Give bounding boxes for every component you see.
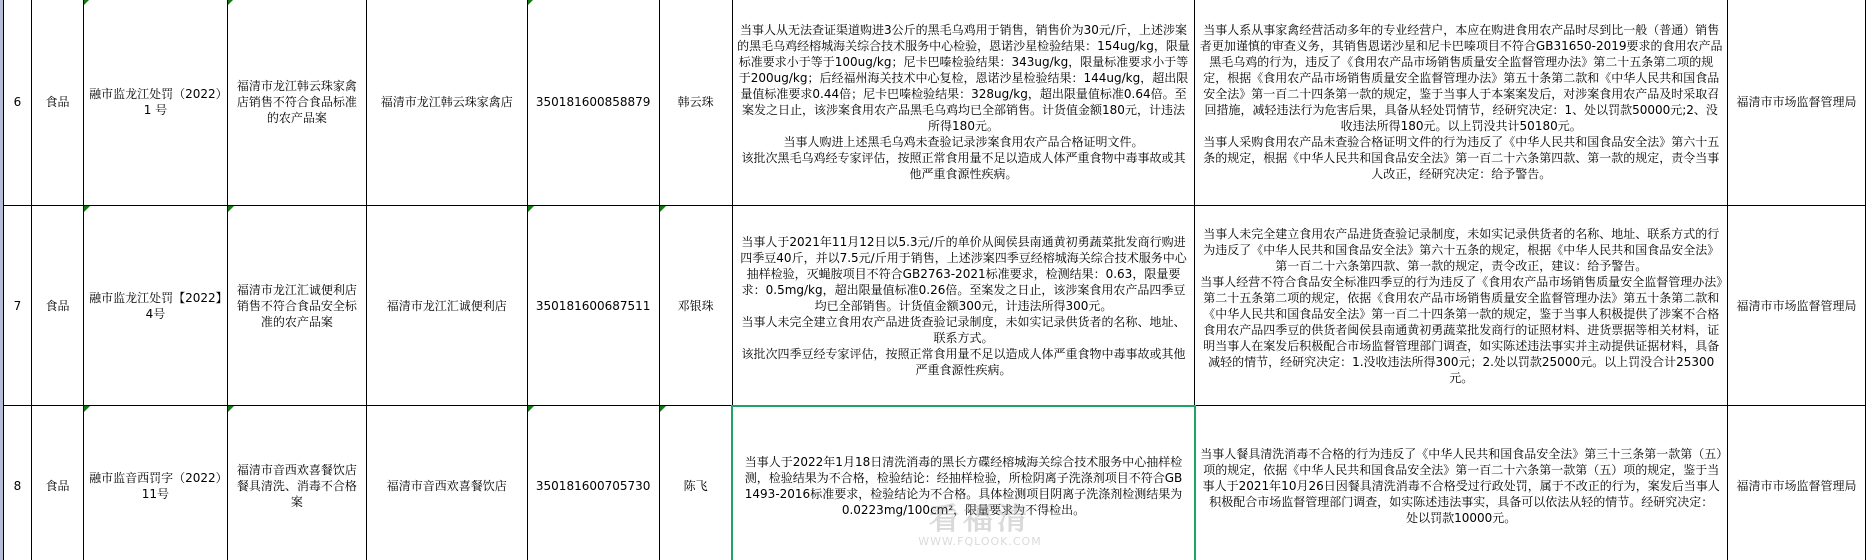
- cell-authority[interactable]: 福清市市场监督管理局: [1728, 206, 1866, 406]
- cell-authority[interactable]: 福清市市场监督管理局: [1728, 0, 1866, 206]
- case-name-text: 福清市龙江汇诚便利店销售不符合食品安全标准的农产品案: [237, 283, 357, 329]
- facts-paragraph: 当事人未完全建立食用农产品进货查验记录制度，未如实记录供货者的名称、地址、联系方…: [737, 314, 1191, 346]
- cell-party[interactable]: 福清市龙江韩云珠家禽店: [366, 0, 527, 206]
- facts-paragraph: 该批次四季豆经专家评估，按照正常食用量不足以造成人体严重食物中毒事故或其他严重食…: [737, 346, 1191, 378]
- cell-doc-number[interactable]: 融市监龙江处罚【2022】4号: [83, 206, 227, 406]
- cell-credit-code[interactable]: 350181600705730: [527, 406, 659, 560]
- table-row: 8 食品 融市监音西罚字（2022）11号 福清市音西欢喜餐饮店餐具清洗、消毒不…: [4, 406, 1866, 560]
- comment-marker-icon: [528, 406, 534, 412]
- comment-marker-icon: [660, 206, 666, 212]
- basis-paragraph: 当事人餐具清洗消毒不合格的行为违反了《中华人民共和国食品安全法》第三十三条第一款…: [1199, 446, 1723, 510]
- facts-paragraph: 当事人于2022年1月18日清洗消毒的黑长方碟经榕城海关综合技术服务中心抽样检测…: [737, 454, 1191, 518]
- comment-marker-icon: [84, 0, 90, 5]
- cell-category[interactable]: 食品: [31, 0, 83, 206]
- comment-marker-icon: [228, 0, 234, 5]
- cell-doc-number[interactable]: 融市监音西罚字（2022）11号: [83, 406, 227, 560]
- cell-category[interactable]: 食品: [31, 406, 83, 560]
- legal-rep-text: 陈飞: [684, 479, 708, 493]
- comment-marker-icon: [84, 406, 90, 412]
- basis-paragraph: 当事人未完全建立食用农产品进货查验记录制度，未如实记录供货者的名称、地址、联系方…: [1199, 226, 1723, 274]
- comment-marker-icon: [528, 206, 534, 212]
- facts-paragraph: 当事人购进上述黑毛乌鸡未查验记录涉案食用农产品合格证明文件。: [737, 134, 1191, 150]
- case-name-text: 福清市龙江韩云珠家禽店销售不符合食品标准的农产品案: [237, 79, 357, 125]
- cell-basis[interactable]: 当事人餐具清洗消毒不合格的行为违反了《中华人民共和国食品安全法》第三十三条第一款…: [1195, 406, 1728, 560]
- cell-case-name[interactable]: 福清市龙江汇诚便利店销售不符合食品安全标准的农产品案: [227, 206, 366, 406]
- cell-legal-rep[interactable]: 邓银珠: [659, 206, 732, 406]
- cell-doc-number[interactable]: 融市监龙江处罚（2022）1 号: [83, 0, 227, 206]
- facts-paragraph: 当事人于2021年11月12日以5.3元/斤的单价从闽侯县南通黄初勇蔬菜批发商行…: [737, 234, 1191, 314]
- cell-index[interactable]: 7: [4, 206, 32, 406]
- doc-number-text: 融市监音西罚字（2022）11号: [89, 471, 222, 501]
- comment-marker-icon: [660, 406, 666, 412]
- case-name-text: 福清市音西欢喜餐饮店餐具清洗、消毒不合格案: [237, 463, 357, 509]
- comment-marker-icon: [228, 406, 234, 412]
- facts-paragraph: 当事人从无法查证渠道购进3公斤的黑毛乌鸡用于销售，销售价为30元/斤，上述涉案的…: [737, 22, 1191, 134]
- cell-party[interactable]: 福清市龙江汇诚便利店: [366, 206, 527, 406]
- doc-number-text: 融市监龙江处罚【2022】4号: [89, 291, 222, 321]
- doc-number-text: 融市监龙江处罚（2022）1 号: [89, 87, 222, 117]
- spreadsheet-grid: 6 食品 融市监龙江处罚（2022）1 号 福清市龙江韩云珠家禽店销售不符合食品…: [3, 0, 1866, 560]
- legal-rep-text: 邓银珠: [678, 299, 714, 313]
- cell-category[interactable]: 食品: [31, 206, 83, 406]
- cell-facts[interactable]: 当事人于2021年11月12日以5.3元/斤的单价从闽侯县南通黄初勇蔬菜批发商行…: [732, 206, 1195, 406]
- facts-paragraph: 该批次黑毛乌鸡经专家评估，按照正常食用量不足以造成人体严重食物中毒事故或其他严重…: [737, 150, 1191, 182]
- comment-marker-icon: [84, 206, 90, 212]
- cell-facts[interactable]: 当事人从无法查证渠道购进3公斤的黑毛乌鸡用于销售，销售价为30元/斤，上述涉案的…: [732, 0, 1195, 206]
- basis-paragraph: 当事人系从事家禽经营活动多年的专业经营户，本应在购进食用农产品时尽到比一般（普通…: [1199, 22, 1723, 134]
- basis-paragraph: 当事人经营不符合食品安全标准四季豆的行为违反了《食用农产品市场销售质量安全监督管…: [1199, 274, 1723, 386]
- cell-index[interactable]: 6: [4, 0, 32, 206]
- table-row: 6 食品 融市监龙江处罚（2022）1 号 福清市龙江韩云珠家禽店销售不符合食品…: [4, 0, 1866, 206]
- cell-basis[interactable]: 当事人系从事家禽经营活动多年的专业经营户，本应在购进食用农产品时尽到比一般（普通…: [1195, 0, 1728, 206]
- cell-legal-rep[interactable]: 陈飞: [659, 406, 732, 560]
- cell-authority[interactable]: 福清市市场监督管理局: [1728, 406, 1866, 560]
- cell-basis[interactable]: 当事人未完全建立食用农产品进货查验记录制度，未如实记录供货者的名称、地址、联系方…: [1195, 206, 1728, 406]
- cell-case-name[interactable]: 福清市音西欢喜餐饮店餐具清洗、消毒不合格案: [227, 406, 366, 560]
- credit-code-text: 350181600705730: [536, 479, 651, 493]
- comment-marker-icon: [228, 206, 234, 212]
- cell-legal-rep[interactable]: 韩云珠: [659, 0, 732, 206]
- cell-index[interactable]: 8: [4, 406, 32, 560]
- cell-credit-code[interactable]: 350181600858879: [527, 0, 659, 206]
- cell-party[interactable]: 福清市音西欢喜餐饮店: [366, 406, 527, 560]
- table-row: 7 食品 融市监龙江处罚【2022】4号 福清市龙江汇诚便利店销售不符合食品安全…: [4, 206, 1866, 406]
- comment-marker-icon: [528, 0, 534, 5]
- cell-facts-selected[interactable]: 当事人于2022年1月18日清洗消毒的黑长方碟经榕城海关综合技术服务中心抽样检测…: [732, 406, 1195, 560]
- basis-paragraph: 处以罚款10000元。: [1199, 510, 1723, 526]
- basis-paragraph: 当事人采购食用农产品未查验合格证明文件的行为违反了《中华人民共和国食品安全法》第…: [1199, 134, 1723, 182]
- cell-credit-code[interactable]: 350181600687511: [527, 206, 659, 406]
- credit-code-text: 350181600858879: [536, 95, 651, 109]
- cell-case-name[interactable]: 福清市龙江韩云珠家禽店销售不符合食品标准的农产品案: [227, 0, 366, 206]
- credit-code-text: 350181600687511: [536, 299, 651, 313]
